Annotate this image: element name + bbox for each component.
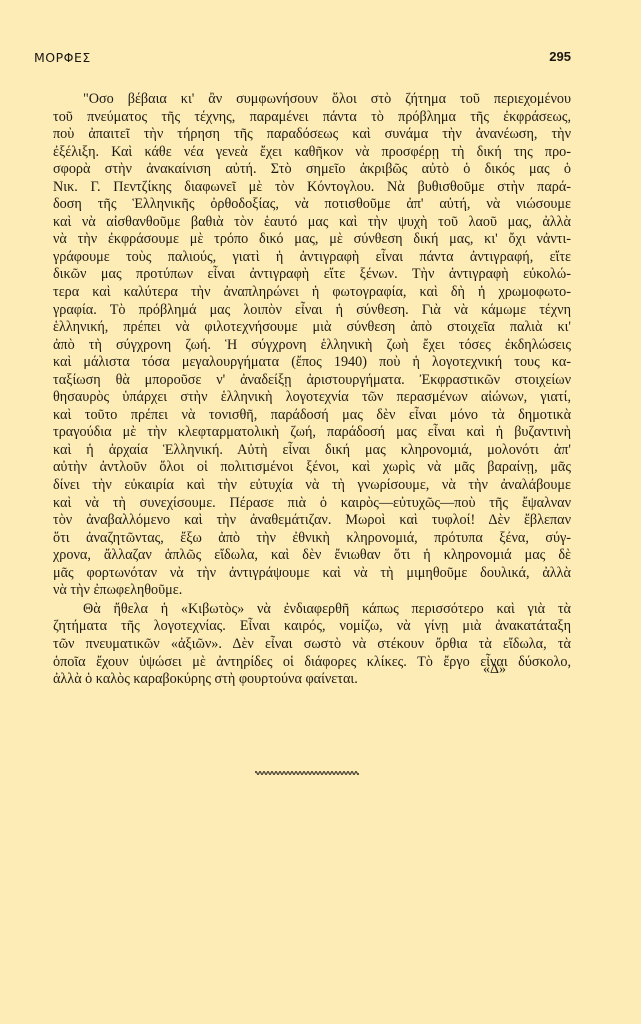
text-line: θησαυρὸς ὑπάρχει στὴν ἑλληνικὴ λογοτεχνί… (53, 389, 571, 407)
book-page: ΜΟΡΦΕΣ 295 "Οσο βέβαια κι' ἂν συμφωνήσου… (0, 0, 641, 1024)
text-line: καὶ μάλιστα τόσα μεγαλουργήματα (ἔπος 19… (53, 354, 571, 372)
text-line: ποὺ ἀπαιτεῖ τὴν τήρηση τῆς παραδόσεως κα… (53, 126, 571, 144)
text-line: ἐξέλιξη. Καὶ κάθε νέα γενεὰ ἔχει καθῆκον… (53, 144, 571, 162)
text-line: "Οσο βέβαια κι' ἂν συμφωνήσουν ὅλοι στὸ … (53, 91, 571, 109)
author-signature: «Δ» (483, 662, 506, 678)
text-line: τραγούδια μὲ τὴν κλεφταρματολικὴ ζωή, πα… (53, 424, 571, 442)
text-line: νὰ τὴν ἐπωφεληθοῦμε. (53, 582, 571, 600)
text-line: ἑλληνική, πρέπει νὰ φιλοτεχνήσουμε μιὰ σ… (53, 319, 571, 337)
text-line: νὰ τὴν ἐκφράσουμε μὲ τρόπο δικό μας, μὲ … (53, 231, 571, 249)
text-line: δικῶν μας προτύπων εἶναι ἀντιγραφὴ εἴτε … (53, 266, 571, 284)
paragraph-1: "Οσο βέβαια κι' ἂν συμφωνήσουν ὅλοι στὸ … (53, 91, 571, 600)
text-line: Νικ. Γ. Πεντζίκης διαφωνεῖ μὲ τὸν Κόντογ… (53, 179, 571, 197)
text-line: τοῦ πνεύματος τῆς τέχνης, παραμένει πάντ… (53, 109, 571, 127)
text-line: γράφουμε τοὺς παλιούς, γιατὶ ἡ ἀντιγραφὴ… (53, 249, 571, 267)
text-line: ζητήματα τῆς λογοτεχνίας. Εἶναι καιρός, … (53, 618, 571, 636)
running-title: ΜΟΡΦΕΣ (34, 50, 91, 65)
text-line: καὶ τοῦτο πρέπει νὰ τονισθῆ, παράδοσή μα… (53, 407, 571, 425)
article-body: "Οσο βέβαια κι' ἂν συμφωνήσουν ὅλοι στὸ … (53, 91, 571, 689)
text-line: μᾶς φορτωνόταν νὰ τὴν ἀντιγράψουμε καὶ ν… (53, 565, 571, 583)
text-line: τερα καὶ καλύτερα τὴν ἀναπληρώνει ἡ φωτο… (53, 284, 571, 302)
page-number: 295 (549, 49, 571, 64)
text-line: τῶν πνευματικῶν «ἀξιῶν». Δὲν εἶναι σωστὸ… (53, 636, 571, 654)
text-line: ὅτι ἀναζητῶντας, ἔξω ἀπὸ τὴν ἐθνικὴ κληρ… (53, 530, 571, 548)
text-line: καὶ ἡ ἀρχαία Ἑλληνική. Αὐτὴ εἶναι δική μ… (53, 442, 571, 460)
text-line: χρονα, ἄλλαζαν ἁπλῶς εἴδωλα, καὶ δὲν ἔνι… (53, 547, 571, 565)
text-line: ταξίωση θὰ μποροῦσε ν' ἀναδείξῃ ἀριστουρ… (53, 372, 571, 390)
text-line: γραφία. Τὸ πρόβλημά μας λοιπὸν εἶναι ἡ σ… (53, 302, 571, 320)
text-line: Θὰ ἤθελα ἡ «Κιβωτὸς» νὰ ἐνδιαφερθῆ κάπως… (53, 601, 571, 619)
text-line: σφορὰ στὴν ἀνακαίνιση αὐτή. Στὸ σημεῖο ἀ… (53, 161, 571, 179)
text-line: τὸν ἀναβαλλόμενο καὶ τὴν ἀναθεμάτιζαν. Μ… (53, 512, 571, 530)
wavy-divider (255, 768, 359, 778)
text-line: δίνει τὴν εὐκαιρία καὶ τὴν εὐτυχία νὰ τὴ… (53, 477, 571, 495)
text-line: καὶ νὰ τὴ συνεχίσουμε. Πέρασε πιὰ ὁ καιρ… (53, 495, 571, 513)
text-line: αὐτὴν ἀντλοῦν ὅλοι οἱ πολιτισμένοι ξένοι… (53, 459, 571, 477)
text-line: δοση τῆς Ἑλληνικῆς ὀρθοδοξίας, νὰ ποτισθ… (53, 196, 571, 214)
text-line: καὶ νὰ αἰσθανθοῦμε βαθιὰ τὸν ἑαυτό μας κ… (53, 214, 571, 232)
text-line: ἀπὸ τὴ σύγχρονη ζωή. Ἡ σύγχρονη ἑλληνικὴ… (53, 337, 571, 355)
